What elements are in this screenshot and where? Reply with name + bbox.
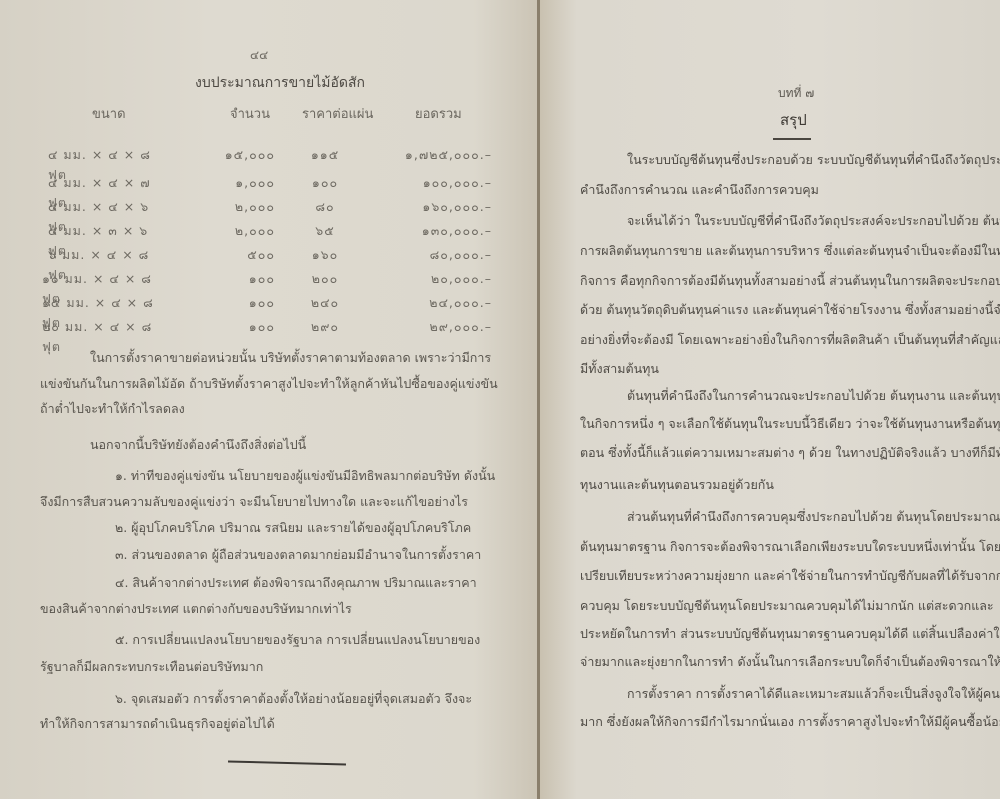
cell-price: ๒๙๐ [300,317,350,337]
table-row: ๔ มม. × ๔ × ๘ ฟุต ๑๕,๐๐๐ ๑๑๕ ๑,๗๒๕,๐๐๐.– [0,145,538,169]
chapter-label: บทที่ ๗ [778,84,814,103]
body-line: ในกิจการหนึ่ง ๆ จะเลือกใช้ต้นทุนในระบบนี… [580,414,1000,434]
body-line: ในระบบบัญชีต้นทุนซึ่งประกอบด้วย ระบบบัญช… [627,150,1000,170]
table-row: ๔ มม. × ๔ × ๖ ฟุต ๒,๐๐๐ ๘๐ ๑๖๐,๐๐๐.– [0,197,538,221]
body-line: ทำให้กิจการสามารถดำเนินธุรกิจอยู่ต่อไปได… [40,714,275,734]
body-line: จะเห็นได้ว่า ในระบบบัญชีที่คำนึงถึงวัตถุ… [627,211,1000,231]
body-line: ต้นทุนมาตรฐาน กิจการจะต้องพิจารณาเลือกเพ… [580,537,1000,557]
list-item-5: ๕. การเปลี่ยนแปลงนโยบายของรัฐบาล การเปลี… [115,630,480,650]
cell-total: ๒๐,๐๐๐.– [380,269,492,289]
cell-total: ๑๓๐,๐๐๐.– [380,221,492,241]
body-line: ถ้าต่ำไปจะทำให้กำไรลดลง [40,399,185,419]
list-item-2: ๒. ผู้อุปโภคบริโภค ปริมาณ รสนิยม และรายไ… [115,518,471,538]
col-header-qty: จำนวน [230,103,270,124]
body-line: คำนึงถึงการคำนวณ และคำนึงถึงการควบคุม [580,180,819,200]
cell-qty: ๑๐๐ [210,317,275,337]
page-number: ๔๔ [250,46,268,65]
table-row: ๑๕ มม. × ๔ × ๘ ฟุต ๑๐๐ ๒๔๐ ๒๔,๐๐๐.– [0,293,538,317]
list-item-3: ๓. ส่วนของตลาด ผู้ถือส่วนของตลาดมากย่อมม… [115,545,481,565]
body-line: ประหยัดในการทำ ส่วนระบบบัญชีต้นทุนมาตรฐา… [580,624,1000,644]
cell-total: ๒๔,๐๐๐.– [380,293,492,313]
list-item-4: ๔. สินค้าจากต่างประเทศ ต้องพิจารณาถึงคุณ… [115,573,477,593]
body-line: จึงมีการสืบสวนความลับของคู่แข่งว่า จะมีน… [40,492,468,512]
cell-price: ๖๕ [300,221,350,241]
body-line: ต้นทุนที่คำนึงถึงในการคำนวณจะประกอบไปด้ว… [627,386,1000,406]
cell-total: ๑๖๐,๐๐๐.– [380,197,492,217]
cell-qty: ๑๐๐ [210,293,275,313]
cell-total: ๒๙,๐๐๐.– [380,317,492,337]
cell-qty: ๑๕,๐๐๐ [210,145,275,165]
table-row: ๖ มม. × ๔ × ๘ ฟุต ๕๐๐ ๑๖๐ ๘๐,๐๐๐.– [0,245,538,269]
cell-qty: ๑,๐๐๐ [210,173,275,193]
cell-price: ๑๖๐ [300,245,350,265]
body-line: อย่างยิ่งที่จะต้องมี โดยเฉพาะอย่างยิ่งใน… [580,330,1000,350]
cell-total: ๑,๗๒๕,๐๐๐.– [380,145,492,165]
body-line: รัฐบาลก็มีผลกระทบกระเทือนต่อบริษัทมาก [40,657,263,677]
chapter-title: สรุป [780,108,807,132]
cell-price: ๑๑๕ [300,145,350,165]
table-row: ๔ มม. × ๔ × ๗ ฟุต ๑,๐๐๐ ๑๐๐ ๑๐๐,๐๐๐.– [0,173,538,197]
body-line: เปรียบเทียบระหว่างความยุ่งยาก และค่าใช้จ… [580,566,1000,586]
table-title: งบประมาณการขายไม้อัดสัก [180,72,380,94]
body-line: การตั้งราคา การตั้งราคาได้ดีและเหมาะสมแล… [627,684,1000,704]
body-line: กิจการ คือทุกกิจการต้องมีต้นทุนทั้งสามอย… [580,271,1000,291]
cell-price: ๑๐๐ [300,173,350,193]
body-line: การผลิตต้นทุนการขาย และต้นทุนการบริหาร ซ… [580,241,1000,261]
body-line: ส่วนต้นทุนที่คำนึงถึงการควบคุมซึ่งประกอบ… [627,507,1000,527]
cell-qty: ๒,๐๐๐ [210,221,275,241]
cell-total: ๑๐๐,๐๐๐.– [380,173,492,193]
col-header-price: ราคาต่อแผ่น [302,103,373,124]
body-line: ด้วย ต้นทุนวัตถุดิบต้นทุนค่าแรง และต้นทุ… [580,300,1000,320]
col-header-size: ขนาด [92,103,126,124]
cell-qty: ๕๐๐ [210,245,275,265]
cell-qty: ๒,๐๐๐ [210,197,275,217]
body-line: ในการตั้งราคาขายต่อหน่วยนั้น บริษัทตั้งร… [90,348,491,368]
body-line: ควบคุม โดยระบบบัญชีต้นทุนโดยประมาณควบคุม… [580,596,994,616]
col-header-total: ยอดรวม [415,103,462,124]
body-line: แข่งขันกันในการผลิตไม้อัด ถ้าบริษัทตั้งร… [40,374,498,394]
body-line: มาก ซึ่งยังผลให้กิจการมีกำไรมากนั่นเอง ก… [580,712,1000,732]
table-row: ๔ มม. × ๓ × ๖ ฟุต ๒,๐๐๐ ๖๕ ๑๓๐,๐๐๐.– [0,221,538,245]
cell-price: ๘๐ [300,197,350,217]
cell-total: ๘๐,๐๐๐.– [380,245,492,265]
table-row: ๑๐ มม. × ๔ × ๘ ฟุต ๑๐๐ ๒๐๐ ๒๐,๐๐๐.– [0,269,538,293]
body-line: มีทั้งสามต้นทุน [580,359,659,379]
list-item-6: ๖. จุดเสมอตัว การตั้งราคาต้องตั้งให้อย่า… [115,689,472,709]
cell-price: ๒๔๐ [300,293,350,313]
body-line: ของสินค้าจากต่างประเทศ แตกต่างกับของบริษ… [40,599,352,619]
chapter-title-underline [773,138,811,140]
cell-qty: ๑๐๐ [210,269,275,289]
body-line: ตอน ซึ่งทั้งนี้ก็แล้วแต่ความเหมาะสมต่าง … [580,443,1000,463]
table-row: ๒๐ มม. × ๔ × ๘ ฟุต ๑๐๐ ๒๙๐ ๒๙,๐๐๐.– [0,317,538,341]
section-end-rule [228,760,346,765]
body-line: นอกจากนี้บริษัทยังต้องคำนึงถึงสิ่งต่อไปน… [90,435,306,455]
list-item-1: ๑. ท่าทีของคู่แข่งขัน นโยบายของผู้แข่งขั… [115,466,495,486]
body-line: ทุนงานและต้นทุนตอนรวมอยู่ด้วยกัน [580,475,774,495]
cell-price: ๒๐๐ [300,269,350,289]
body-line: จ่ายมากและยุ่งยากในการทำ ดังนั้นในการเลื… [580,652,1000,672]
left-page: ๔๔ งบประมาณการขายไม้อัดสัก ขนาด จำนวน รา… [0,0,538,799]
